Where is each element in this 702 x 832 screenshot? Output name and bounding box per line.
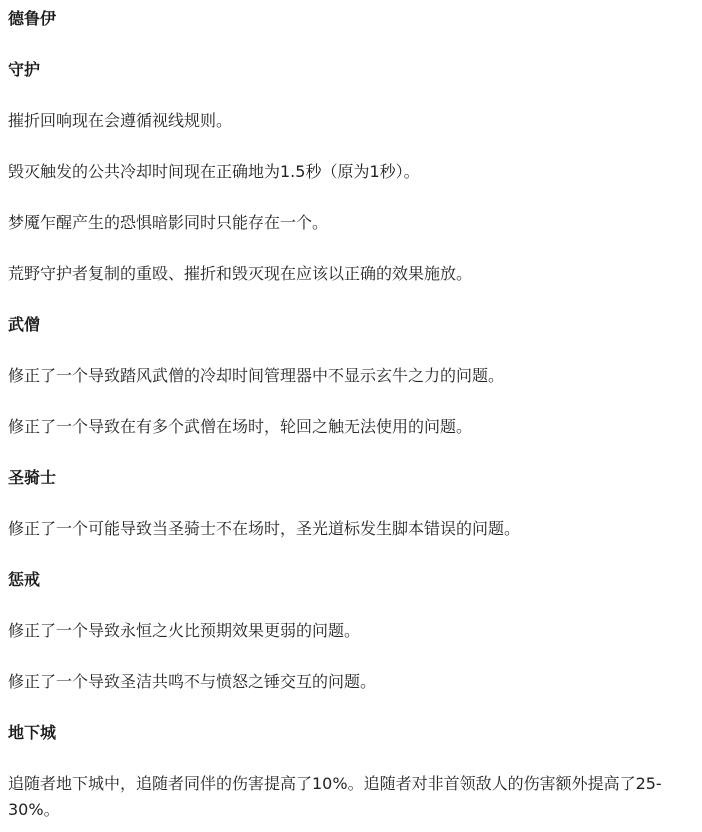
- section-heading-paladin: 圣骑士: [8, 465, 690, 491]
- section-heading-monk: 武僧: [8, 312, 690, 338]
- note-item: 修正了一个可能导致当圣骑士不在场时，圣光道标发生脚本错误的问题。: [8, 516, 690, 542]
- note-item: 追随者地下城中，追随者同伴的伤害提高了10%。追随者对非首领敌人的伤害额外提高了…: [8, 771, 690, 823]
- note-item: 修正了一个导致在有多个武僧在场时，轮回之触无法使用的问题。: [8, 414, 690, 440]
- note-item: 修正了一个导致踏风武僧的冷却时间管理器中不显示玄牛之力的问题。: [8, 363, 690, 389]
- note-item: 修正了一个导致永恒之火比预期效果更弱的问题。: [8, 618, 690, 644]
- section-heading-dungeons: 地下城: [8, 720, 690, 746]
- note-item: 修正了一个导致圣洁共鸣不与愤怒之锤交互的问题。: [8, 669, 690, 695]
- note-item: 梦魇乍醒产生的恐惧暗影同时只能存在一个。: [8, 210, 690, 236]
- note-item: 摧折回响现在会遵循视线规则。: [8, 108, 690, 134]
- note-item: 毁灭触发的公共冷却时间现在正确地为1.5秒（原为1秒）。: [8, 159, 690, 185]
- note-item: 荒野守护者复制的重殴、摧折和毁灭现在应该以正确的效果施放。: [8, 261, 690, 287]
- subsection-heading-retribution: 惩戒: [8, 567, 690, 593]
- section-heading-druid: 德鲁伊: [8, 6, 690, 32]
- subsection-heading-guardian: 守护: [8, 57, 690, 83]
